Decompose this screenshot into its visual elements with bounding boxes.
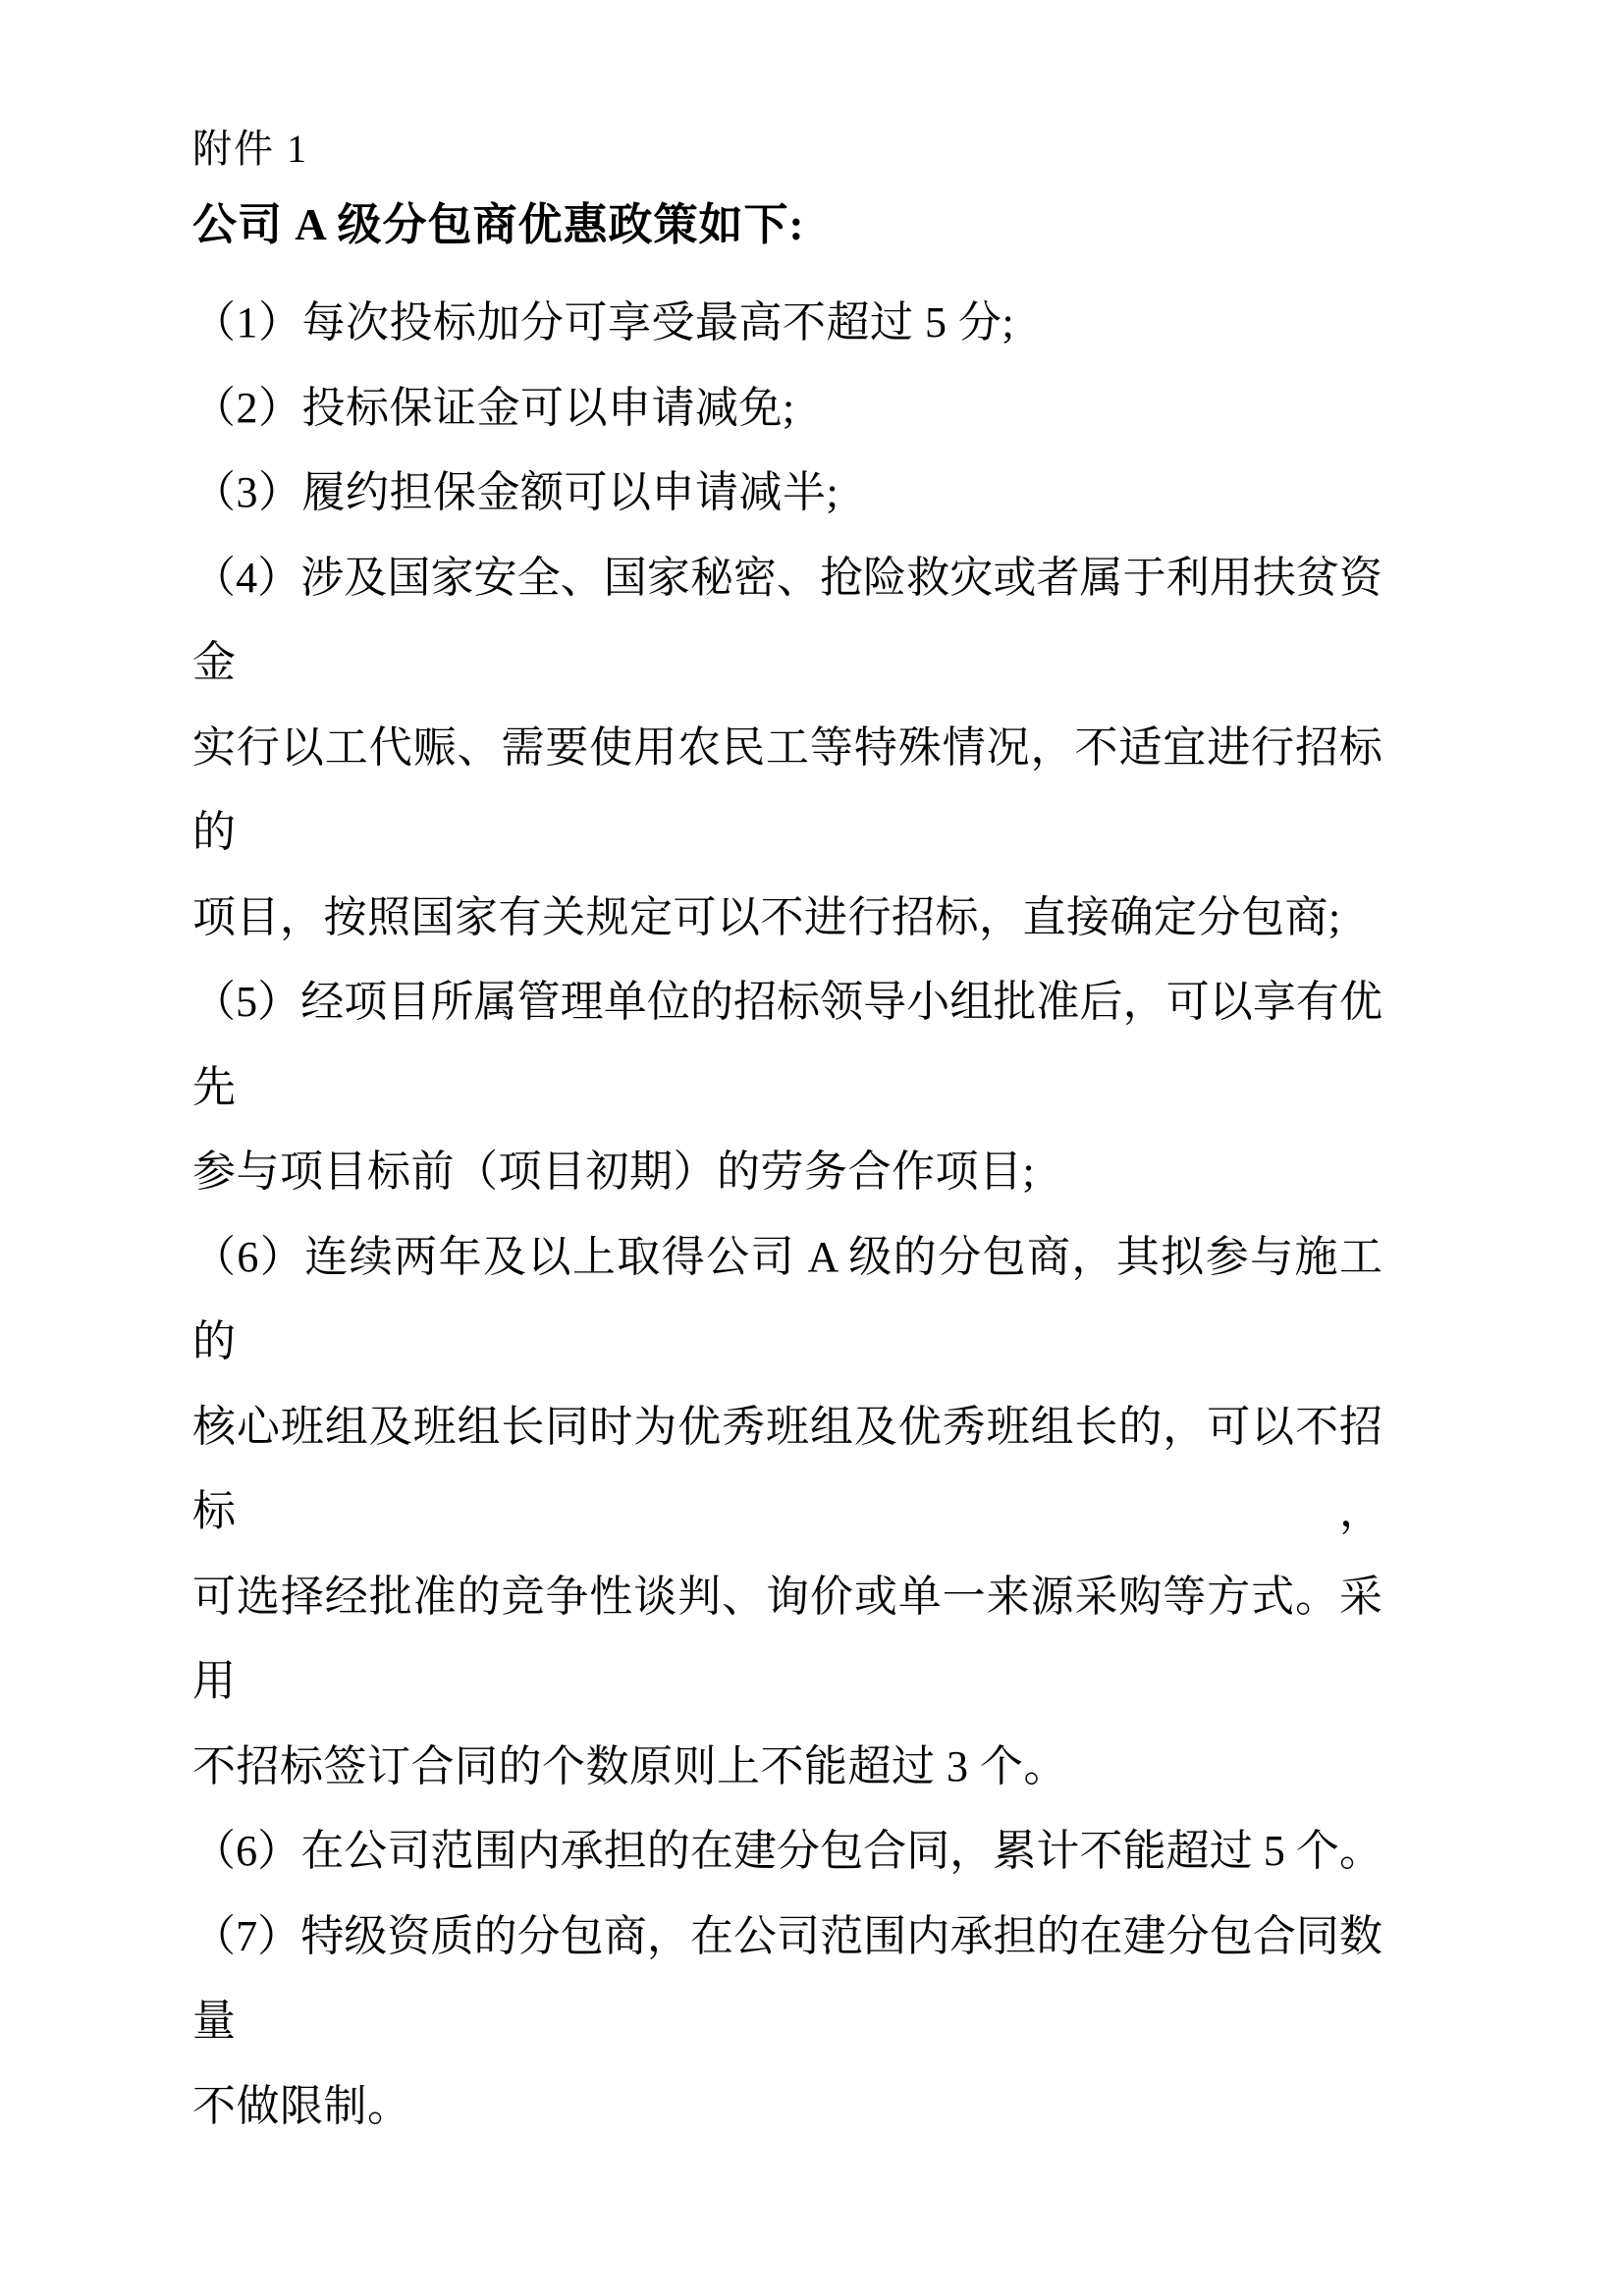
body-line: （5）经项目所属管理单位的招标领导小组批准后，可以享有优先: [192, 960, 1382, 1130]
body-line: （6）连续两年及以上取得公司 A 级的分包商，其拟参与施工的: [192, 1215, 1382, 1385]
document-page: 附件 1 公司 A 级分包商优惠政策如下: （1）每次投标加分可享受最高不超过 …: [0, 0, 1624, 2296]
body-line: （6）在公司范围内承担的在建分包合同，累计不能超过 5 个。: [192, 1809, 1382, 1895]
body-line: （4）涉及国家安全、国家秘密、抢险救灾或者属于利用扶贫资金: [192, 536, 1382, 706]
body-line: 核心班组及班组长同时为优秀班组及优秀班组长的，可以不招标，: [192, 1385, 1382, 1555]
body-line: 不招标签订合同的个数原则上不能超过 3 个。: [192, 1725, 1382, 1810]
body-line: 可选择经批准的竞争性谈判、询价或单一来源采购等方式。采用: [192, 1555, 1382, 1725]
policy-list: （1）每次投标加分可享受最高不超过 5 分;（2）投标保证金可以申请减免;（3）…: [192, 281, 1382, 2149]
body-line: 不做限制。: [192, 2064, 1382, 2150]
body-line: 参与项目标前（项目初期）的劳务合作项目;: [192, 1130, 1382, 1215]
document-content: 附件 1 公司 A 级分包商优惠政策如下: （1）每次投标加分可享受最高不超过 …: [192, 126, 1382, 2149]
body-line: （1）每次投标加分可享受最高不超过 5 分;: [192, 281, 1382, 366]
body-line: （3）履约担保金额可以申请减半;: [192, 451, 1382, 536]
body-line: （7）特级资质的分包商，在公司范围内承担的在建分包合同数量: [192, 1895, 1382, 2064]
body-line: 项目，按照国家有关规定可以不进行招标，直接确定分包商;: [192, 876, 1382, 961]
attachment-label: 附件 1: [192, 126, 1382, 173]
body-line: （2）投标保证金可以申请减免;: [192, 366, 1382, 452]
document-title: 公司 A 级分包商优惠政策如下:: [192, 198, 1382, 251]
body-line: 实行以工代赈、需要使用农民工等特殊情况，不适宜进行招标的: [192, 706, 1382, 876]
